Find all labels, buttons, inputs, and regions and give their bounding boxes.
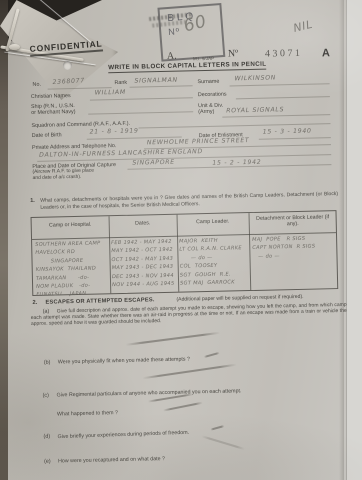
field-label-ship-2: or Merchant Navy) [31,109,75,116]
table-header-camp: Camp or Hospital. [32,221,109,229]
table-header-dates: Dates. [109,220,177,228]
field-label-unit-2: (Army) [198,109,214,116]
field-label-decorations: Decorations [198,92,227,99]
section2-number: 2. [32,300,37,306]
table-leader-column: MAJOR KEITHLT COL R.A.N. CLARKE — do —CO… [179,236,250,288]
confidential-marking: CONFIDENTIAL [29,38,103,56]
table-dates-column: FEB 1942 - MAY 1942MAY 1942 - OCT 1942OC… [111,238,178,290]
nil-pencil-stroke [142,364,236,380]
nil-pencil-stroke [201,435,245,450]
nil-pencil-stroke [210,425,224,431]
question-c2-text: What happened to them ? [57,410,118,417]
question-b-label: (b) [44,360,51,366]
table-camp-column: SOUTHERN AREA CAMPHAVELOCK RD SINGAPOREK… [35,239,112,300]
question-a-text: Give full description and approx. date o… [31,302,347,327]
ref-suffix: A [322,47,330,59]
table-header-leader: Camp Leader. [177,218,249,226]
table-block-leader-column: MAJ POPE R SIGSCAPT NORTON R SIGS — do — [252,234,335,261]
table-header-block-leader: Detachment or Block Leader (if any). [254,214,332,228]
rule-line [236,95,330,99]
form-title: WRITE IN BLOCK CAPITAL LETTERS IN PENCIL [108,61,266,74]
field-label-christian-names: Christian Names [31,93,71,100]
field-value-dob: 21 - 8 - 1919 [90,128,139,136]
section1-question: What camps, detachments or hospitals wer… [40,191,338,211]
question-b-text: Were you physically fit when you made th… [58,356,190,365]
field-value-surname: WILKINSON [234,74,276,82]
field-value-christian-names: WILLIAM [95,89,126,97]
question-c-label: (c) [43,393,49,399]
field-label-no: No. [32,82,41,88]
section2-heading: ESCAPES OR ATTEMPTED ESCAPES. [45,297,154,305]
question-e-text: How were you recaptured and on what date… [58,456,165,464]
field-label-capture-3: and date of a/c crash). [33,175,82,182]
ref-no-label: Nº [228,48,239,59]
field-label-rank: Rank [114,80,127,86]
nil-pencil-stroke [163,402,203,412]
rule-line [130,84,193,87]
nil-pencil-stroke [126,332,220,346]
ref-letter: A. [167,51,177,62]
ref-number: 43071 [265,48,303,60]
ref-department: M.I. 9/JAP [193,56,214,61]
rule-line [230,82,330,86]
section2-note: (Additional paper will be supplied on re… [176,294,303,303]
nil-annotation: NIL [292,18,314,35]
field-value-no: 2368077 [52,77,85,86]
block-number-handwritten: 60 [182,11,209,36]
rule-line [90,96,193,100]
question-c-text: Give Regimental particulars of anyone wh… [57,388,242,398]
stamp-text: Nº [168,26,181,37]
question-d-text: Give briefly your experiences during per… [57,430,189,440]
rule-line [88,110,193,114]
field-value-unit: ROYAL SIGNALS [226,106,284,114]
field-value-capture-place: SINGAPORE [132,159,175,167]
field-label-dob: Date of Birth [32,132,62,139]
scanned-document: CONFIDENTIAL BLQ Nº 60 A. M.I. 9/JAP Nº … [0,0,362,480]
question-d-label: (d) [43,434,50,440]
section1-number: 1. [30,198,35,204]
camp-table: Camp or Hospital. Dates. Camp Leader. De… [31,210,339,296]
field-value-enlistment: 15 - 3 - 1940 [263,128,312,136]
field-value-rank: SIGNALMAN [134,77,178,85]
field-label-surname: Surname [197,79,219,86]
rule-line [259,136,331,140]
question-e-label: (e) [44,459,51,465]
nil-pencil-stroke [204,352,220,358]
